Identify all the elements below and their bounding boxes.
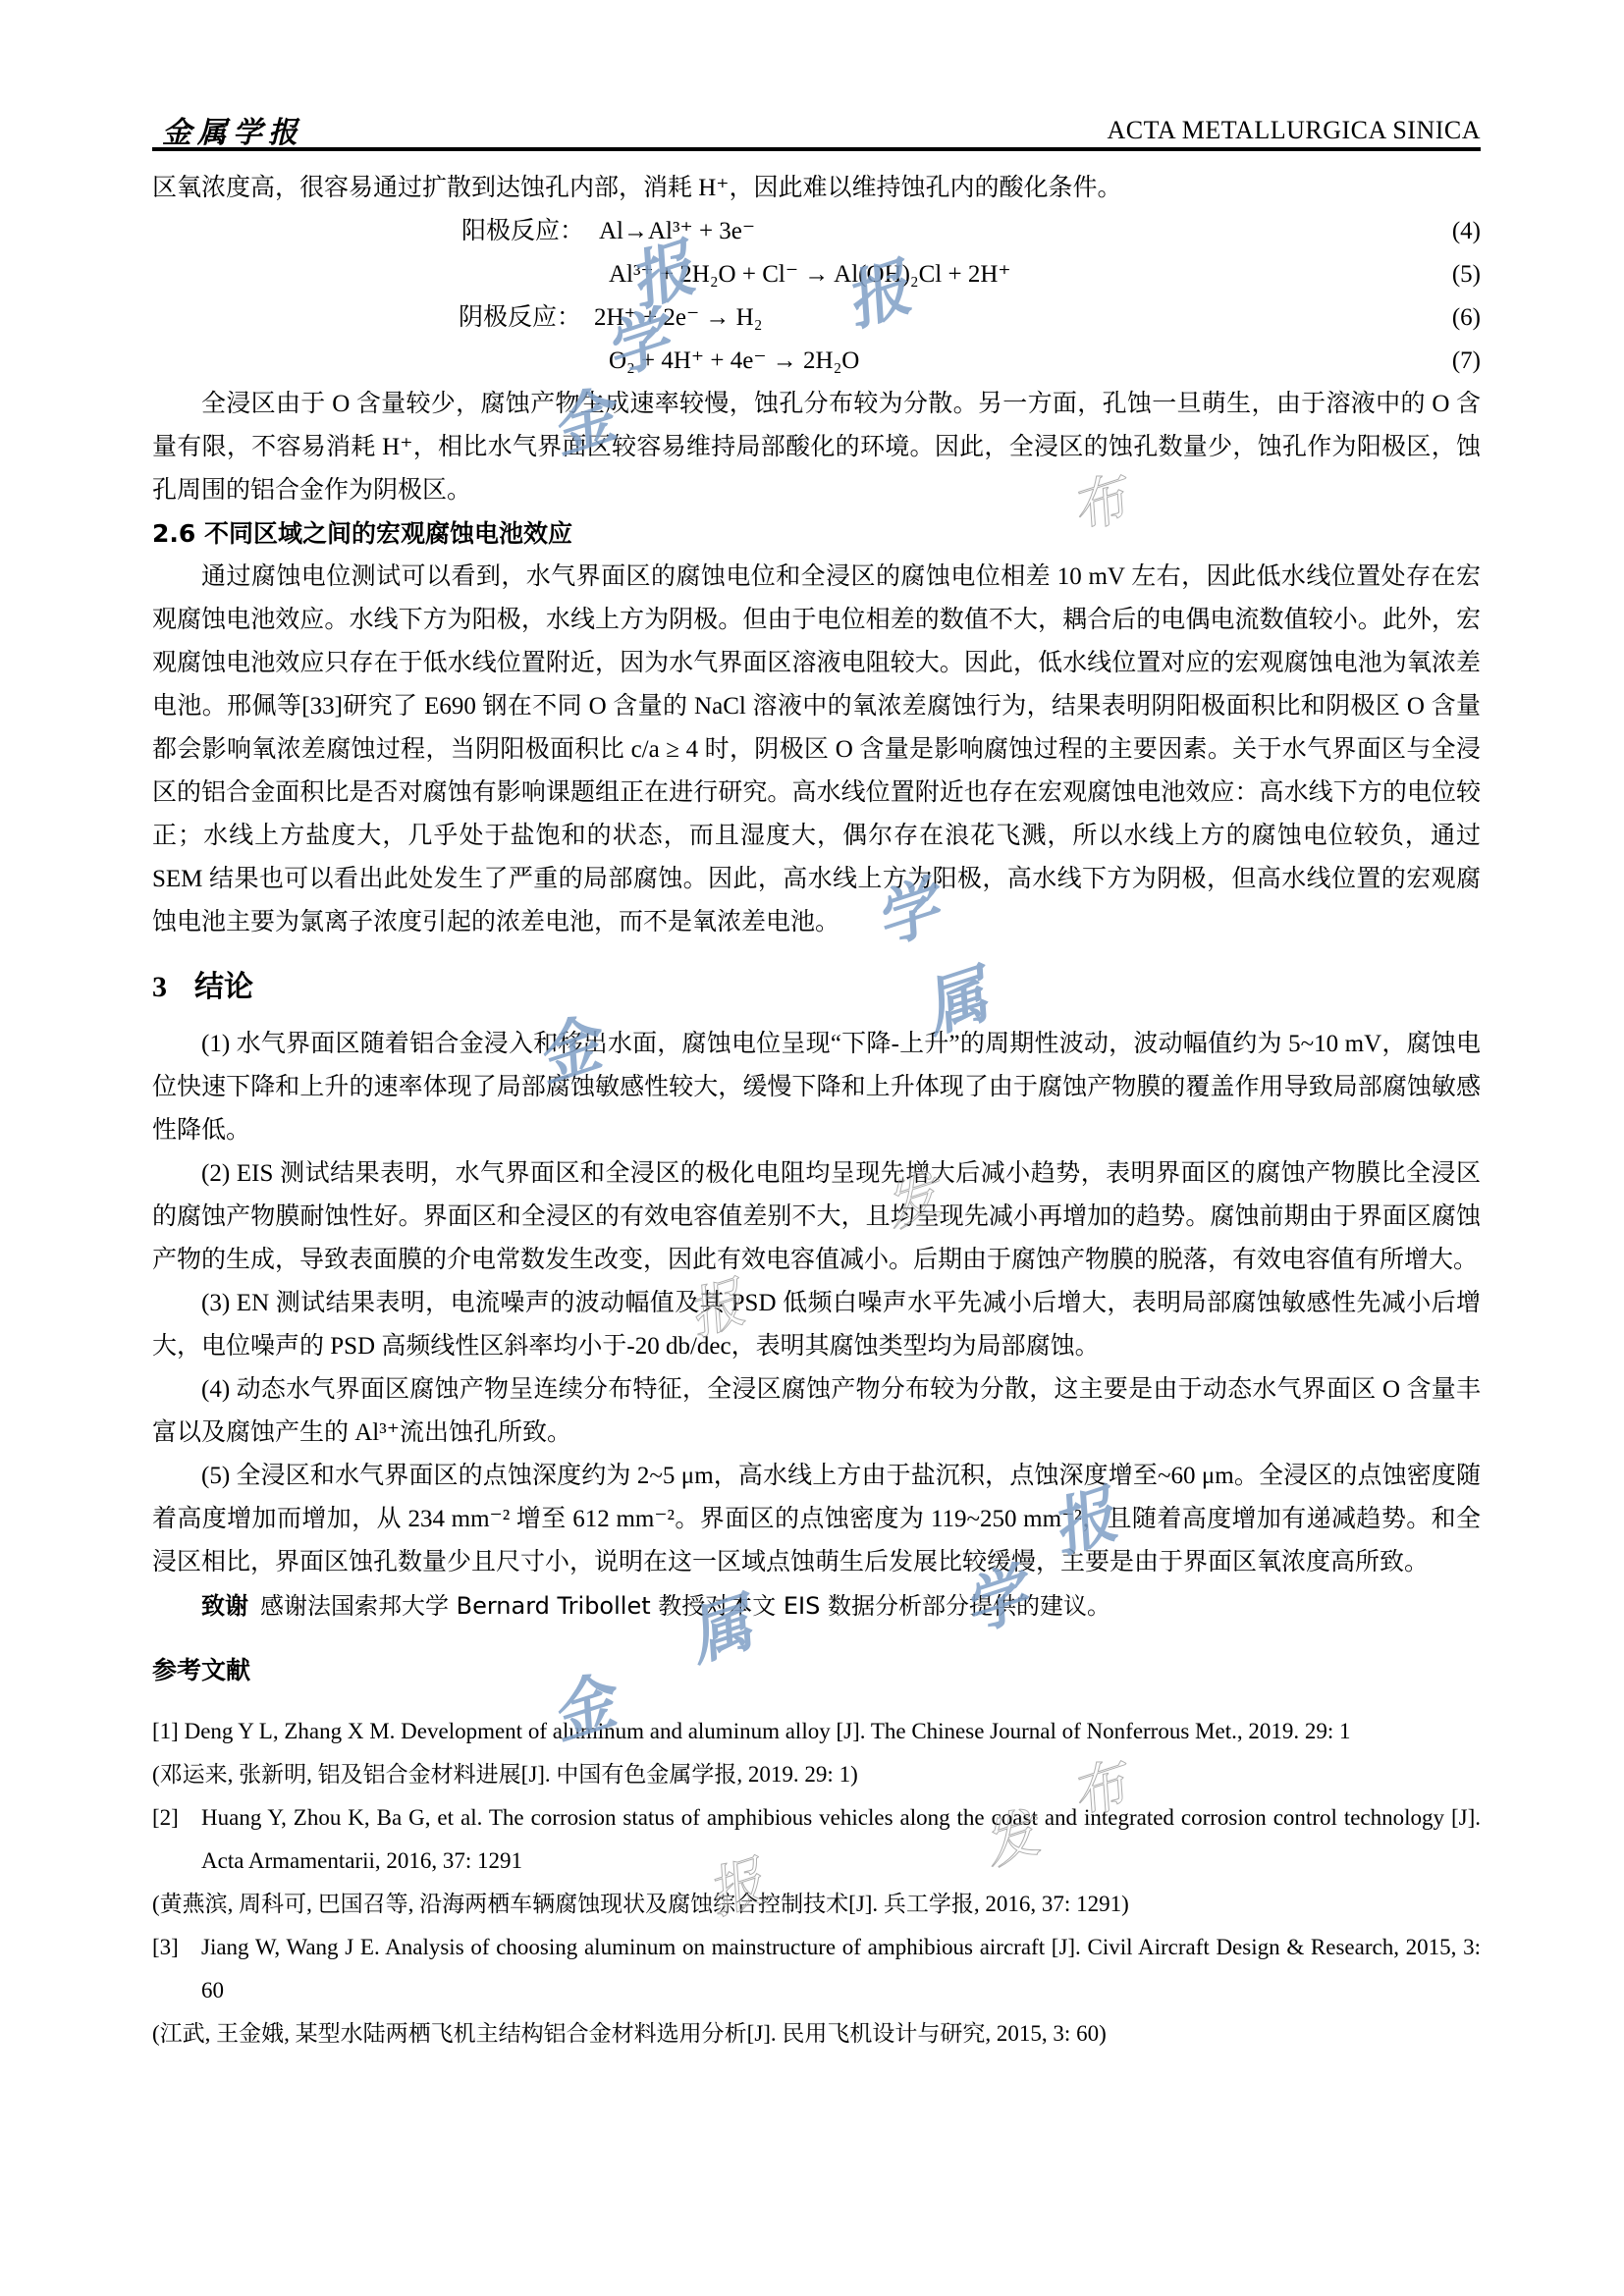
paragraph-macro-cell: 通过腐蚀电位测试可以看到，水气界面区的腐蚀电位和全浸区的腐蚀电位相差 10 mV…	[152, 556, 1481, 944]
equation-number: (4)	[1452, 210, 1481, 253]
page-header: 金属学报 ACTA METALLURGICA SINICA	[152, 108, 1481, 152]
equation-number: (7)	[1452, 340, 1481, 383]
reference-cn: (邓运来, 张新明, 铝及铝合金材料进展[J]. 中国有色金属学报, 2019.…	[152, 1753, 1481, 1796]
conclusion-item: (4) 动态水气界面区腐蚀产物呈连续分布特征，全浸区腐蚀产物分布较为分散，这主要…	[152, 1368, 1481, 1455]
subsection-number: 2.6	[152, 519, 195, 548]
journal-logo: 金属学报	[162, 108, 303, 151]
section-number: 3	[152, 971, 167, 1003]
equation-formula: 2H⁺ + 2e⁻ → H₂	[594, 296, 762, 340]
reference-tag: [1]	[152, 1719, 179, 1743]
reference-tag: [3]	[152, 1926, 201, 1969]
equation-formula: O₂ + 4H⁺ + 4e⁻ → 2H₂O	[609, 340, 859, 383]
section-heading: 3结论	[152, 966, 1481, 1009]
equation-number: (6)	[1452, 296, 1481, 340]
equation-formula: Al→Al³⁺ + 3e⁻	[599, 210, 755, 253]
equation-label: 阴极反应：	[459, 296, 581, 340]
equation-block: 阳极反应： Al→Al³⁺ + 3e⁻ (4) Al³⁺ + 2H₂O + Cl…	[152, 210, 1481, 383]
reference-en: [3]Jiang W, Wang J E. Analysis of choosi…	[152, 1926, 1481, 2012]
conclusion-item: (3) EN 测试结果表明，电流噪声的波动幅值及其 PSD 低频白噪声水平先减小…	[152, 1282, 1481, 1368]
reference-text: Jiang W, Wang J E. Analysis of choosing …	[201, 1935, 1481, 2002]
equation-6: 阴极反应： 2H⁺ + 2e⁻ → H₂ (6)	[152, 296, 1481, 340]
subsection-heading: 2.6 不同区域之间的宏观腐蚀电池效应	[152, 512, 1481, 556]
conclusions-list: (1) 水气界面区随着铝合金浸入和移出水面，腐蚀电位呈现“下降-上升”的周期性波…	[152, 1023, 1481, 1584]
paragraph-continued: 区氧浓度高，很容易通过扩散到达蚀孔内部，消耗 H⁺，因此难以维持蚀孔内的酸化条件…	[152, 167, 1481, 210]
acknowledgement: 致谢感谢法国索邦大学 Bernard Tribollet 教授对本文 EIS 数…	[152, 1584, 1481, 1628]
journal-name: ACTA METALLURGICA SINICA	[1107, 116, 1481, 145]
reference-en: [1] Deng Y L, Zhang X M. Development of …	[152, 1710, 1481, 1753]
conclusion-item: (5) 全浸区和水气界面区的点蚀深度约为 2~5 μm，高水线上方由于盐沉积，点…	[152, 1455, 1481, 1584]
header-rule	[152, 147, 1481, 151]
equation-formula: Al³⁺ + 2H₂O + Cl⁻ → Al(OH)₂Cl + 2H⁺	[609, 253, 1011, 296]
conclusion-item: (2) EIS 测试结果表明，水气界面区和全浸区的极化电阻均呈现先增大后减小趋势…	[152, 1152, 1481, 1282]
reference-text: Huang Y, Zhou K, Ba G, et al. The corros…	[201, 1805, 1481, 1873]
reference-en: [2]Huang Y, Zhou K, Ba G, et al. The cor…	[152, 1796, 1481, 1883]
equation-label: 阳极反应：	[461, 210, 584, 253]
equation-7: O₂ + 4H⁺ + 4e⁻ → 2H₂O (7)	[152, 340, 1481, 383]
equation-number: (5)	[1452, 253, 1481, 296]
reference-text: Deng Y L, Zhang X M. Development of alum…	[185, 1719, 1351, 1743]
conclusion-item: (1) 水气界面区随着铝合金浸入和移出水面，腐蚀电位呈现“下降-上升”的周期性波…	[152, 1023, 1481, 1152]
reference-tag: [2]	[152, 1796, 201, 1840]
equation-4: 阳极反应： Al→Al³⁺ + 3e⁻ (4)	[152, 210, 1481, 253]
acknowledgement-label: 致谢	[201, 1592, 248, 1620]
reference-cn: (江武, 王金娥, 某型水陆两栖飞机主结构铝合金材料选用分析[J]. 民用飞机设…	[152, 2012, 1481, 2056]
page-body: 区氧浓度高，很容易通过扩散到达蚀孔内部，消耗 H⁺，因此难以维持蚀孔内的酸化条件…	[152, 167, 1481, 2056]
references-heading: 参考文献	[152, 1649, 1481, 1692]
acknowledgement-text: 感谢法国索邦大学 Bernard Tribollet 教授对本文 EIS 数据分…	[260, 1592, 1110, 1620]
subsection-title: 不同区域之间的宏观腐蚀电池效应	[204, 519, 572, 548]
paragraph-immersion-zone: 全浸区由于 O 含量较少，腐蚀产物生成速率较慢，蚀孔分布较为分散。另一方面，孔蚀…	[152, 383, 1481, 512]
equation-5: Al³⁺ + 2H₂O + Cl⁻ → Al(OH)₂Cl + 2H⁺ (5)	[152, 253, 1481, 296]
references-list: [1] Deng Y L, Zhang X M. Development of …	[152, 1710, 1481, 2056]
reference-cn: (黄燕滨, 周科可, 巴国召等, 沿海两栖车辆腐蚀现状及腐蚀综合控制技术[J].…	[152, 1883, 1481, 1926]
section-title: 结论	[194, 970, 253, 1004]
